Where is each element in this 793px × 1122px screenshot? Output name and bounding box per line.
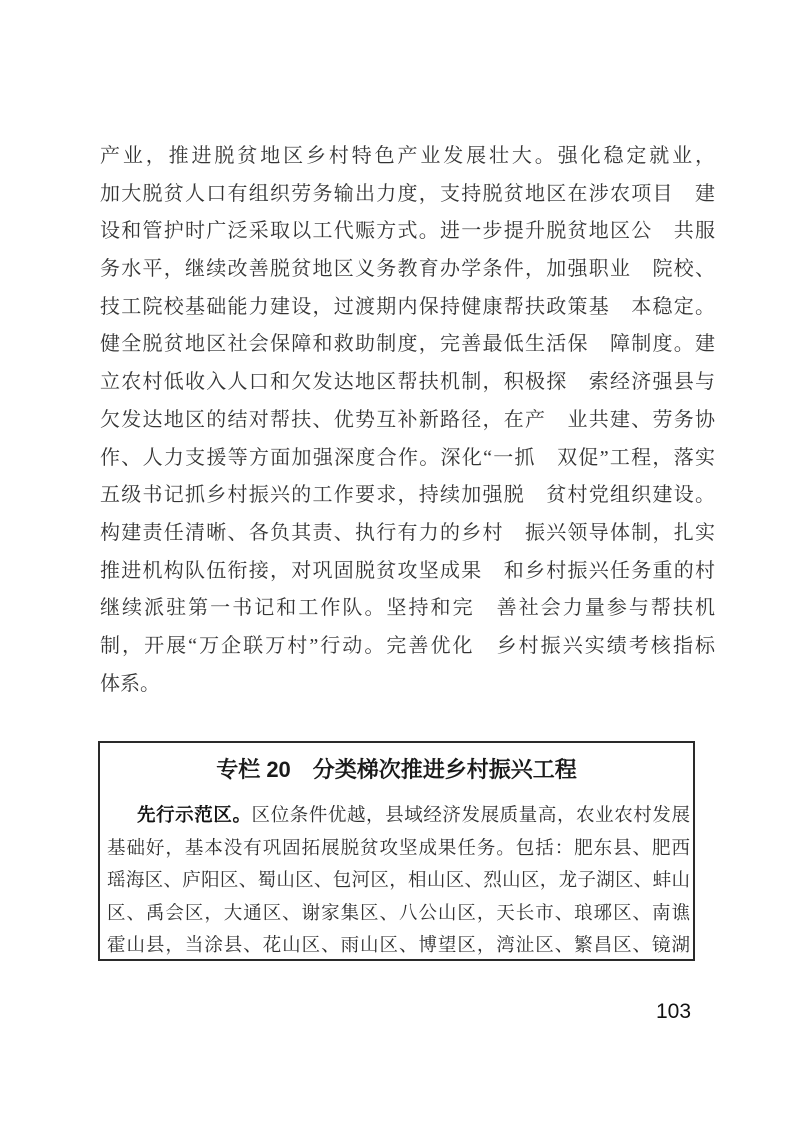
paragraph-line: 加大脱贫人口有组织劳务输出力度，支持脱贫地区在涉农项目 建: [100, 176, 715, 214]
paragraph-line: 五级书记抓乡村振兴的工作要求，持续加强脱 贫村党组织建设。: [100, 477, 715, 515]
paragraph-line: 欠发达地区的结对帮扶、优势互补新路径，在产 业共建、劳务协: [100, 402, 715, 440]
paragraph-line: 立农村低收入人口和欠发达地区帮扶机制，积极探 索经济强县与: [100, 364, 715, 402]
box-line: 区、禹会区，大通区、谢家集区、八公山区，天长市、琅琊区、南谯区，: [107, 898, 690, 931]
box-title: 专栏 20 分类梯次推进乡村振兴工程: [100, 758, 693, 782]
paragraph-line: 健全脱贫地区社会保障和救助制度，完善最低生活保 障制度。建: [100, 326, 715, 364]
paragraph-line: 务水平，继续改善脱贫地区义务教育办学条件，加强职业 院校、: [100, 251, 715, 289]
column-20-box: 专栏 20 分类梯次推进乡村振兴工程 先行示范区。区位条件优越，县域经济发展质量…: [98, 741, 695, 961]
box-line: 霍山县，当涂县、花山区、雨山区、博望区，湾沚区、繁昌区、镜湖区、: [107, 930, 690, 963]
paragraph-line: 构建责任清晰、各负其责、执行有力的乡村 振兴领导体制，扎实: [100, 515, 715, 553]
paragraph-line: 设和管护时广泛采取以工代赈方式。进一步提升脱贫地区公 共服: [100, 213, 715, 251]
box-line: 基础好，基本没有巩固拓展脱贫攻坚成果任务。包括：肥东县、肥西县、: [107, 833, 690, 866]
box-line: 瑶海区、庐阳区、蜀山区、包河区，相山区、烈山区，龙子湖区、蚌山: [107, 865, 690, 898]
box-line-text: 区位条件优越，县域经济发展质量高，农业农村发展: [252, 806, 690, 826]
paragraph-line: 制，开展“万企联万村”行动。完善优化 乡村振兴实绩考核指标: [100, 628, 715, 666]
paragraph-line: 作、人力支援等方面加强深度合作。深化“一抓 双促”工程，落实: [100, 440, 715, 478]
document-page: 产业，推进脱贫地区乡村特色产业发展壮大。强化稳定就业， 加大脱贫人口有组织劳务输…: [0, 0, 793, 1122]
paragraph-line: 技工院校基础能力建设，过渡期内保持健康帮扶政策基 本稳定。: [100, 289, 715, 327]
main-paragraph: 产业，推进脱贫地区乡村特色产业发展壮大。强化稳定就业， 加大脱贫人口有组织劳务输…: [100, 138, 715, 703]
paragraph-line: 产业，推进脱贫地区乡村特色产业发展壮大。强化稳定就业，: [100, 138, 715, 176]
paragraph-line: 继续派驻第一书记和工作队。坚持和完 善社会力量参与帮扶机: [100, 590, 715, 628]
box-body: 先行示范区。区位条件优越，县域经济发展质量高，农业农村发展 基础好，基本没有巩固…: [107, 800, 690, 963]
paragraph-line: 体系。: [100, 666, 715, 704]
box-line: 先行示范区。区位条件优越，县域经济发展质量高，农业农村发展: [107, 800, 690, 833]
paragraph-line: 推进机构队伍衔接，对巩固脱贫攻坚成果 和乡村振兴任务重的村: [100, 553, 715, 591]
box-lead-label: 先行示范区。: [137, 806, 252, 826]
page-number: 103: [656, 1000, 691, 1024]
